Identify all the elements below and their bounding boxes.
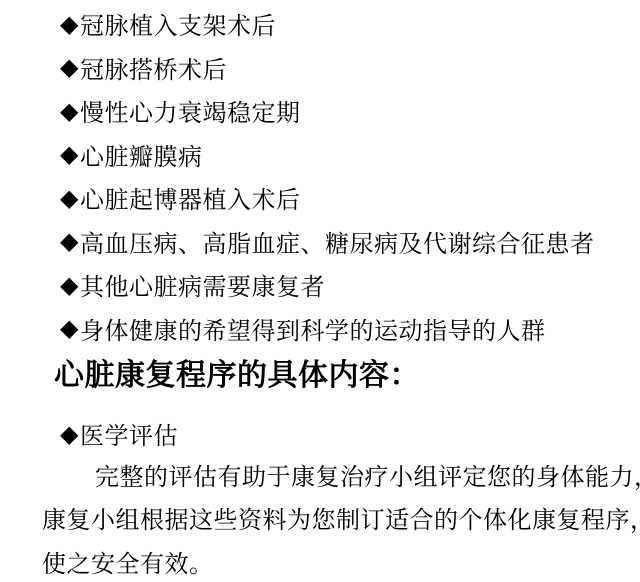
list-item: ◆ 心脏瓣膜病 — [60, 133, 640, 177]
diamond-bullet-icon: ◆ — [60, 227, 79, 255]
list-item-label: 身体健康的希望得到科学的运动指导的人群 — [80, 311, 546, 346]
diamond-bullet-icon: ◆ — [60, 140, 79, 168]
diamond-bullet-icon: ◆ — [60, 10, 79, 38]
indications-list: ◆ 冠脉植入支架术后 ◆ 冠脉搭桥术后 ◆ 慢性心力衰竭稳定期 ◆ 心脏瓣膜病 … — [0, 2, 640, 350]
list-item: ◆ 慢性心力衰竭稳定期 — [60, 89, 640, 133]
list-item: ◆ 冠脉植入支架术后 — [60, 2, 640, 46]
diamond-bullet-icon: ◆ — [60, 184, 79, 212]
document-page: ◆ 冠脉植入支架术后 ◆ 冠脉搭桥术后 ◆ 慢性心力衰竭稳定期 ◆ 心脏瓣膜病 … — [0, 0, 640, 582]
list-item-label: 医学评估 — [80, 416, 178, 451]
diamond-bullet-icon: ◆ — [60, 97, 79, 125]
list-item-medical-evaluation: ◆ 医学评估 — [60, 412, 640, 456]
list-item-label: 冠脉搭桥术后 — [80, 50, 227, 85]
diamond-bullet-icon: ◆ — [60, 271, 79, 299]
list-item-label: 冠脉植入支架术后 — [80, 6, 276, 41]
list-item: ◆ 心脏起博器植入术后 — [60, 176, 640, 220]
list-item-label: 心脏起博器植入术后 — [80, 180, 301, 215]
list-item: ◆ 冠脉搭桥术后 — [60, 46, 640, 90]
evaluation-paragraph: 完整的评估有助于康复治疗小组评定您的身体能力， 康复小组根据这些资料为您制订适合… — [42, 456, 634, 582]
list-item-label: 其他心脏病需要康复者 — [80, 267, 325, 302]
diamond-bullet-icon: ◆ — [60, 53, 79, 81]
list-item: ◆ 其他心脏病需要康复者 — [60, 263, 640, 307]
list-item-label: 慢性心力衰竭稳定期 — [80, 93, 301, 128]
list-item: ◆ 身体健康的希望得到科学的运动指导的人群 — [60, 307, 640, 351]
diamond-bullet-icon: ◆ — [60, 420, 79, 448]
list-item: ◆ 高血压病、高脂血症、糖尿病及代谢综合征患者 — [60, 220, 640, 264]
diamond-bullet-icon: ◆ — [60, 314, 79, 342]
list-item-label: 高血压病、高脂血症、糖尿病及代谢综合征患者 — [80, 224, 595, 259]
paragraph-line: 使之安全有效。 — [42, 543, 634, 582]
section-heading: 心脏康复程序的具体内容： — [54, 350, 640, 394]
paragraph-line: 完整的评估有助于康复治疗小组评定您的身体能力， — [42, 456, 634, 500]
list-item-label: 心脏瓣膜病 — [80, 137, 203, 172]
paragraph-line: 康复小组根据这些资料为您制订适合的个体化康复程序， — [42, 499, 634, 543]
